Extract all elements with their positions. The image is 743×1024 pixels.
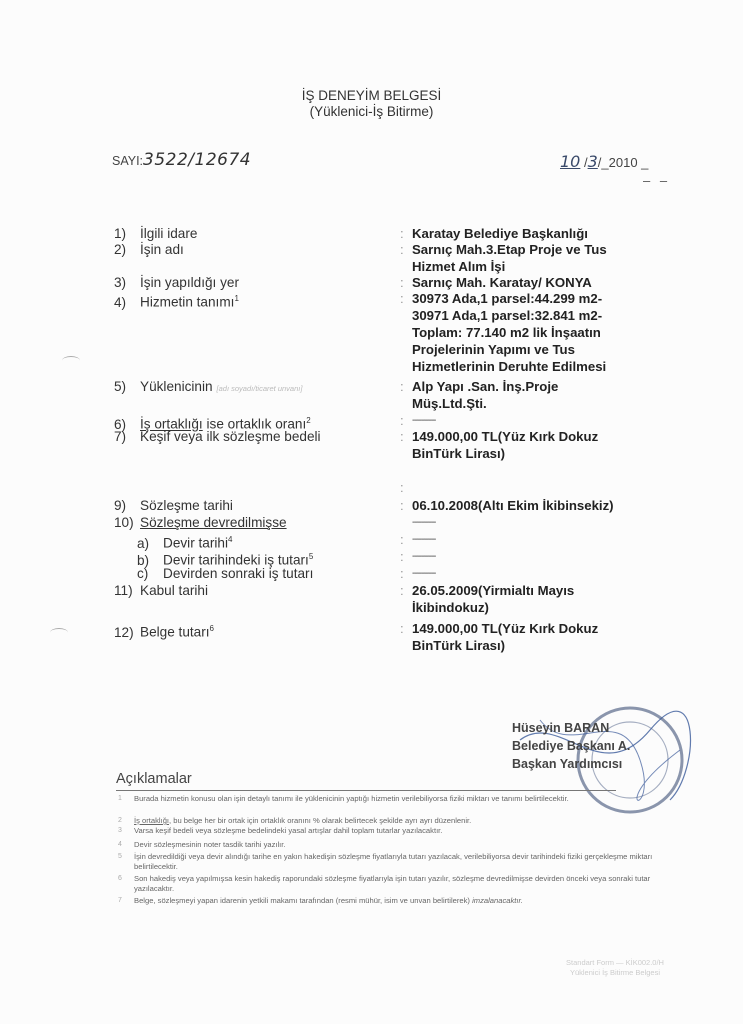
field-value-10b: :---------- [400,548,700,565]
field-label-11: 11)Kabul tarihi [114,582,208,599]
sayi-label: SAYI: [112,154,143,168]
field-value-10a: :---------- [400,531,700,548]
sayi-value: 3522/12674 [143,150,251,170]
field-value-5: :Alp Yapı .San. İnş.ProjeMüş.Ltd.Şti. [400,378,700,412]
signatory-title-2: Başkan Yardımcısı [512,755,630,773]
field-label-12: 12)Belge tutarı6 [114,620,214,641]
document-title: İŞ DENEYİM BELGESİ [0,88,743,103]
date-day: 10 [560,152,580,171]
notes-heading: Açıklamalar [116,771,192,787]
document-page: İŞ DENEYİM BELGESİ (Yüklenici-İş Bitirme… [0,0,743,1024]
field-label-3: 3)İşin yapıldığı yer [114,274,239,291]
field-value-6: :---------- [400,412,700,429]
field-label-4: 4)Hizmetin tanımı1 [114,290,239,311]
date-year: _2010 _ [601,155,648,170]
field-value-11: :26.05.2009(Yirmialtı Mayısİkibindokuz) [400,582,700,616]
note-6: 6Son hakediş veya yapılmışsa kesin haked… [134,874,674,894]
note-4: 4Devir sözleşmesinin noter tasdik tarihi… [134,840,674,850]
note-7: 7Belge, sözleşmeyi yapan idarenin yetkil… [134,896,674,906]
signatory-name: Hüseyin BARAN [512,719,630,737]
field-value-3: :Sarnıç Mah. Karatay/ KONYA [400,274,700,291]
note-3: 3Varsa keşif bedeli veya sözleşme bedeli… [134,826,674,836]
field-value-10c: :---------- [400,565,700,582]
notes-divider [116,790,616,791]
field-value-7: :149.000,00 TL(Yüz Kırk DokuzBinTürk Lir… [400,428,700,462]
field-label-10: 10)Sözleşme devredilmişse [114,514,287,531]
punch-hole-mark-icon [50,628,68,637]
note-5: 5İşin devredildiği veya devir alındığı t… [134,852,674,872]
document-subtitle: (Yüklenici-İş Bitirme) [0,104,743,119]
field-label-5: 5)Yüklenicinin[adı soyadı/ticaret unvanı… [114,378,302,397]
signatory-title-1: Belediye Başkanı A. [512,737,630,755]
field-value-2: :Sarnıç Mah.3.Etap Proje ve TusHizmet Al… [400,241,700,275]
field-value-12: :149.000,00 TL(Yüz Kırk DokuzBinTürk Lir… [400,620,700,654]
field-value-10: ---------- [400,514,700,531]
document-date: 10 /3/_2010 _ [560,152,648,171]
field-label-10c: c)Devirden sonraki iş tutarı [137,565,313,582]
reference-number: SAYI:3522/12674 [112,150,251,170]
date-trailing: – – [643,173,670,188]
field-value-9: :06.10.2008(Altı Ekim İkibinsekiz) [400,497,700,514]
punch-hole-mark-icon [62,356,80,365]
field-label-9: 9)Sözleşme tarihi [114,497,233,514]
form-footer: Standart Form — KİK002.0/H Yüklenici İş … [540,958,690,978]
note-2: 2İş ortaklığı, bu belge her bir ortak iç… [134,816,674,826]
field-value-1: :Karatay Belediye Başkanlığı [400,225,700,242]
note-1: 1Burada hizmetin konusu olan işin detayl… [134,794,674,804]
field-label-2: 2)İşin adı [114,241,184,258]
field-label-1: 1)İlgili idare [114,225,197,242]
signature-block: Hüseyin BARAN Belediye Başkanı A. Başkan… [512,719,630,773]
field-value-4: : 30973 Ada,1 parsel:44.299 m2-30971 Ada… [400,290,700,375]
empty-colon-8: : [400,480,404,495]
date-month: 3 [588,152,598,171]
field-label-7: 7)Keşif veya ilk sözleşme bedeli [114,428,321,445]
